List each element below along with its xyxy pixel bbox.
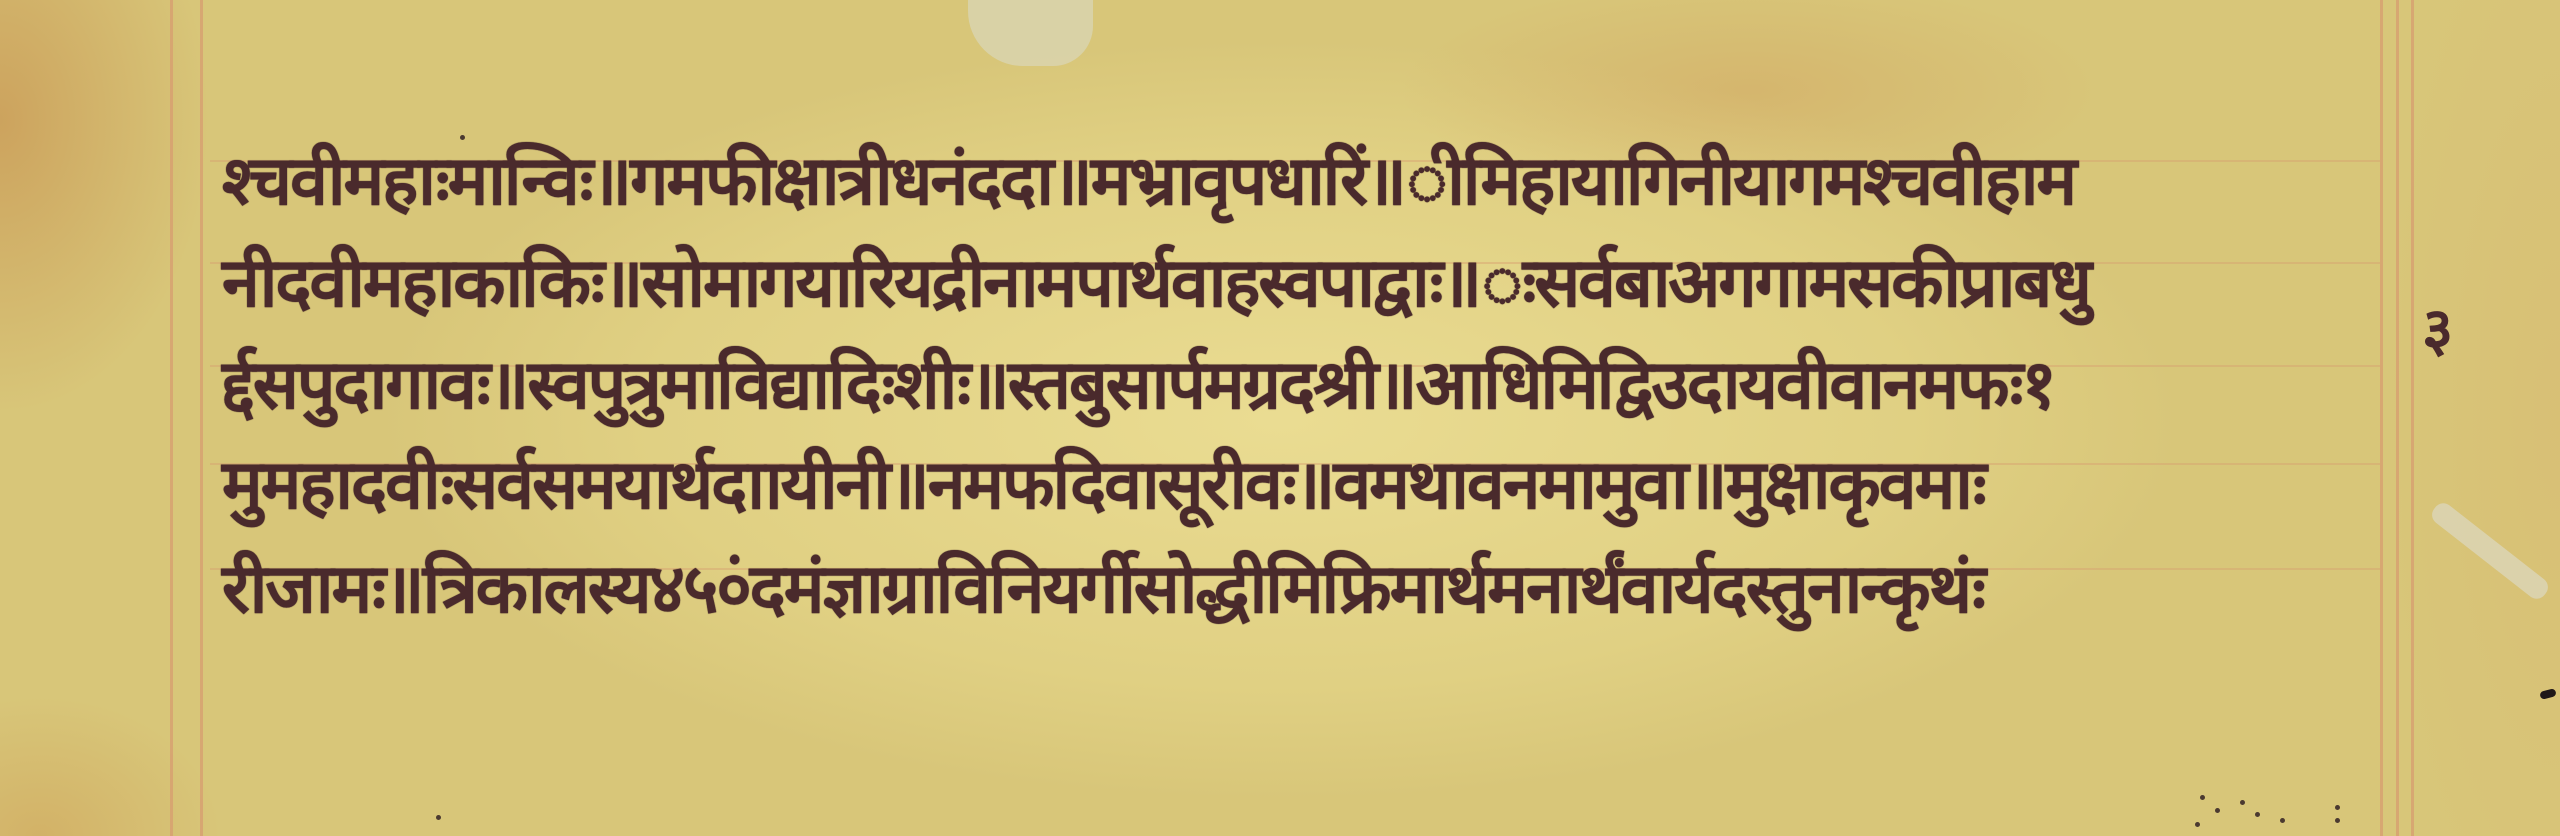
paper-hole <box>2539 688 2557 700</box>
ink-speck <box>2255 812 2260 817</box>
left-margin-rule <box>170 0 173 836</box>
pale-paper-patch <box>968 0 1093 66</box>
ink-speck <box>2335 805 2340 810</box>
right-margin-rule <box>2380 0 2383 836</box>
ink-speck <box>2280 818 2285 823</box>
manuscript-line-5: रीजामः॥त्रिकालस्य४५०ंदमंज्ञाग्राविनियर्ग… <box>222 556 2372 624</box>
manuscript-line-4: मुमहादवीःसर्वसमयार्थदाायीनी॥नमफदिवासूरीव… <box>222 452 2372 520</box>
ink-speck <box>2240 800 2245 805</box>
manuscript-folio: श्चवीमहाःमान्विः॥गमफीक्षात्रीधनंददा॥मभ्र… <box>0 0 2560 836</box>
right-margin-rule <box>2396 0 2399 836</box>
ink-speck <box>2215 808 2220 813</box>
ink-speck <box>2200 795 2205 800</box>
ink-speck <box>2195 822 2200 827</box>
folio-number: ३ <box>2422 300 2453 360</box>
manuscript-line-3: र्द्दसपुदागावः॥स्वपुत्रुमाविद्यादिःशीः॥स… <box>222 352 2372 420</box>
manuscript-line-1: श्चवीमहाःमान्विः॥गमफीक्षात्रीधनंददा॥मभ्र… <box>222 148 2372 216</box>
right-margin-rule <box>2411 0 2414 836</box>
ink-speck <box>436 815 441 820</box>
ink-speck <box>460 135 465 140</box>
ink-speck <box>2335 818 2340 823</box>
paper-tear <box>2428 499 2552 603</box>
left-margin-rule <box>200 0 203 836</box>
manuscript-line-2: नीदवीमहाकाकिः॥सोमागयारियद्रीनामपार्थवाहस… <box>222 250 2372 318</box>
